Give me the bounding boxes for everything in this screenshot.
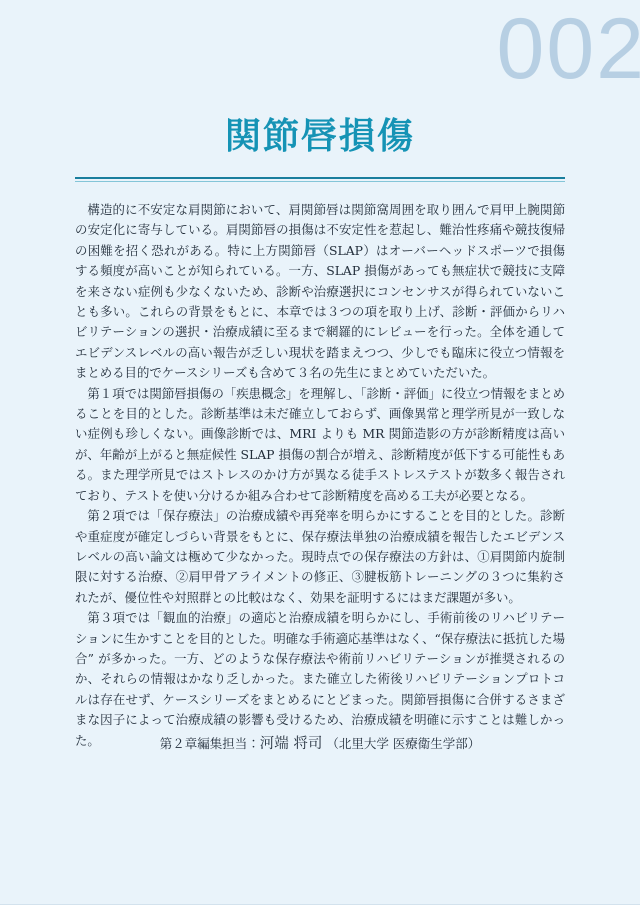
editor-credit-prefix: 第２章編集担当： — [160, 736, 260, 751]
body-paragraph: 第１項では関節唇損傷の「疾患概念」を理解し、「診断・評価」に役立つ情報をまとめる… — [75, 384, 565, 506]
title-divider-rule — [75, 177, 565, 182]
document-page: 002 関節唇損傷 構造的に不安定な肩関節において、肩関節唇は関節窩周囲を取り囲… — [0, 0, 640, 905]
editor-credit-line: 第２章編集担当：河端 将司 （北里大学 医療衛生学部） — [0, 734, 640, 754]
chapter-title: 関節唇損傷 — [0, 108, 640, 159]
body-paragraph: 構造的に不安定な肩関節において、肩関節唇は関節窩周囲を取り囲んで肩甲上腕関節の安… — [75, 200, 565, 384]
body-paragraph: 第３項では「観血的治療」の適応と治療成績を明らかにし、手術前後のリハビリテーショ… — [75, 608, 565, 751]
page-number: 002 — [497, 6, 640, 92]
body-paragraph: 第２項では「保存療法」の治療成績や再発率を明らかにすることを目的とした。診断や重… — [75, 506, 565, 608]
chapter-introduction-text: 構造的に不安定な肩関節において、肩関節唇は関節窩周囲を取り囲んで肩甲上腕関節の安… — [75, 200, 565, 751]
editor-name: 河端 将司 — [260, 736, 323, 752]
editor-affiliation: （北里大学 医療衛生学部） — [326, 736, 480, 751]
